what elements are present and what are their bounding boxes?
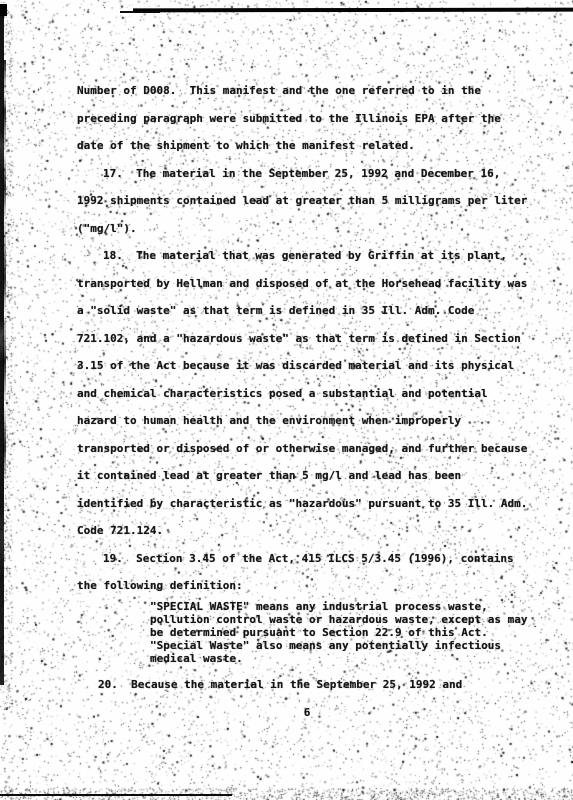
text-line: Code 721.124. [77, 517, 547, 545]
text-line: ("mg/l"). [77, 215, 547, 243]
scan-artifact-corner-mark [0, 4, 7, 16]
scan-artifact-left-jagged-edge [3, 60, 6, 480]
text-line: transported or disposed of or otherwise … [77, 435, 547, 463]
text-line: date of the shipment to which the manife… [77, 132, 547, 160]
text-line: "Special Waste" also means any potential… [150, 639, 547, 652]
text-line: 3.15 of the Act because it was discarded… [77, 352, 547, 380]
page-number: 6 [77, 706, 537, 719]
text-line: "SPECIAL WASTE" means any industrial pro… [150, 600, 547, 613]
document-lines: Number of D008. This manifest and the on… [77, 77, 547, 698]
text-line: Number of D008. This manifest and the on… [77, 77, 547, 105]
text-line: preceding paragraph were submitted to th… [77, 105, 547, 133]
text-line: 17. The material in the September 25, 19… [77, 160, 547, 188]
scan-artifact-top-band [133, 8, 573, 13]
text-line: identified by characteristic as "hazardo… [77, 490, 547, 518]
text-line: hazard to human health and the environme… [77, 407, 547, 435]
text-line: pollution control waste or hazardous was… [150, 613, 547, 626]
text-line: it contained lead at greater than 5 mg/l… [77, 462, 547, 490]
text-line: be determined pursuant to Section 22.9 o… [150, 626, 547, 639]
text-line: 19. Section 3.45 of the Act, 415 ILCS 5/… [77, 545, 547, 573]
text-line: medical waste. [150, 652, 547, 665]
text-line: 1992 shipments contained lead at greater… [77, 187, 547, 215]
text-line: 18. The material that was generated by G… [77, 242, 547, 270]
page-number-value: 6 [304, 706, 311, 719]
scan-artifact-bottom-line [0, 794, 232, 796]
text-line: transported by Hellman and disposed of a… [77, 270, 547, 298]
text-line: a "solid waste" as that term is defined … [77, 297, 547, 325]
scan-artifact-top-band-thin [120, 11, 160, 13]
text-line: 721.102, and a "hazardous waste" as that… [77, 325, 547, 353]
scanned-legal-document-page: Number of D008. This manifest and the on… [0, 0, 573, 800]
text-line: the following definition: [77, 572, 547, 600]
text-line: 20. Because the material in the Septembe… [77, 671, 547, 699]
text-line: and chemical characteristics posed a sub… [77, 380, 547, 408]
